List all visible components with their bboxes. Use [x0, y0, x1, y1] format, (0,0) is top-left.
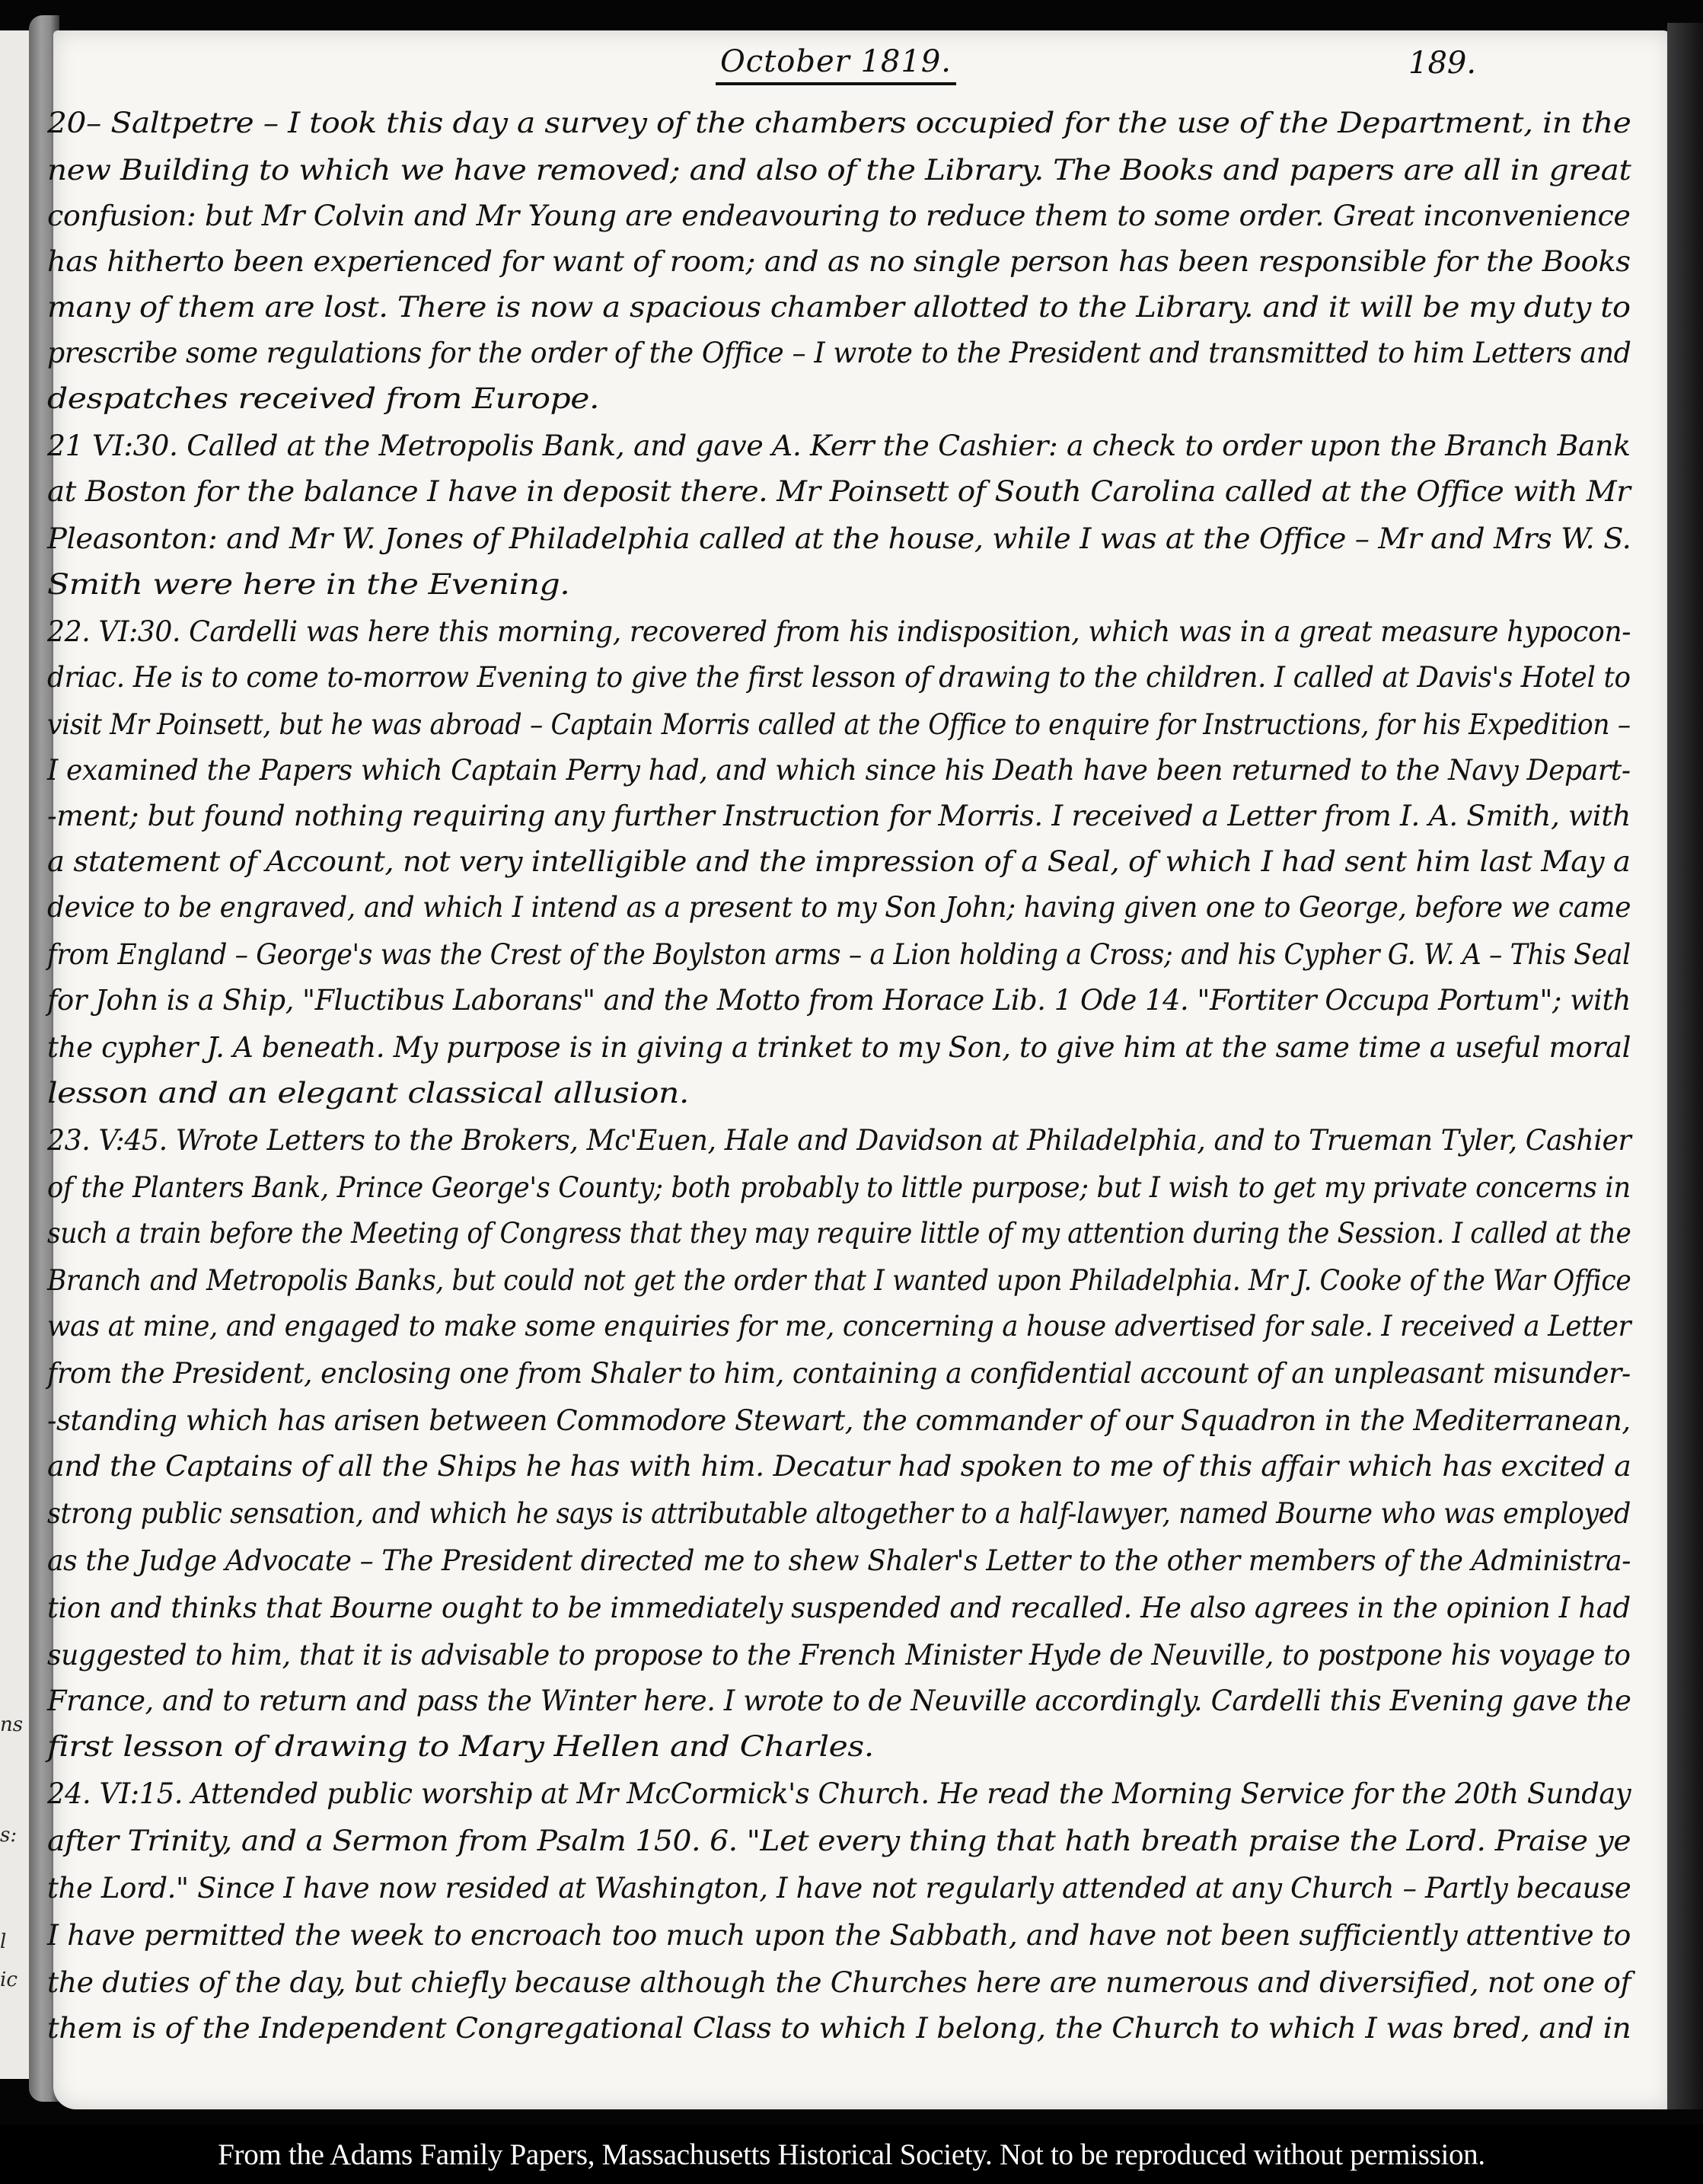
text-line: them is of the Independent Congregationa… — [47, 2012, 1631, 2045]
text-line: 21 VI:30. Called at the Metropolis Bank,… — [47, 429, 1631, 462]
text-line: from the President, enclosing one from S… — [47, 1357, 1631, 1390]
text-line: was at mine, and engaged to make some en… — [47, 1310, 1631, 1343]
text-line: new Building to which we have removed; a… — [47, 154, 1631, 187]
text-line: 23. V:45. Wrote Letters to the Brokers, … — [47, 1124, 1631, 1157]
text-line: such a train before the Meeting of Congr… — [47, 1217, 1631, 1250]
text-line: 20– Saltpetre – I took this day a survey… — [47, 107, 1631, 139]
text-line: 24. VI:15. Attended public worship at Mr… — [47, 1777, 1631, 1810]
left-page-fragment: s: — [0, 1824, 17, 1847]
left-page-fragment: ic — [0, 1968, 18, 1991]
text-line: I have permitted the week to encroach to… — [47, 1919, 1631, 1952]
text-line: at Boston for the balance I have in depo… — [47, 475, 1630, 508]
text-line: tion and thinks that Bourne ought to be … — [47, 1592, 1631, 1624]
text-line: lesson and an elegant classical allusion… — [47, 1077, 689, 1110]
page-header-date: October 1819. — [716, 44, 956, 85]
text-line: -ment; but found nothing requiring any f… — [47, 800, 1631, 832]
text-line: first lesson of drawing to Mary Hellen a… — [47, 1730, 874, 1763]
text-line: 22. VI:30. Cardelli was here this mornin… — [47, 615, 1631, 648]
text-line: I examined the Papers which Captain Perr… — [47, 754, 1631, 787]
text-line: as the Judge Advocate – The President di… — [47, 1544, 1631, 1577]
text-line: for John is a Ship, "Fluctibus Laborans"… — [47, 984, 1631, 1017]
page-number: 189. — [1408, 46, 1476, 81]
text-line: from England – George's was the Crest of… — [47, 938, 1631, 971]
text-line: the duties of the day, but chiefly becau… — [47, 1966, 1631, 1999]
text-line: and the Captains of all the Ships he has… — [47, 1450, 1631, 1483]
text-line: has hitherto been experienced for want o… — [47, 245, 1631, 278]
text-line: -standing which has arisen between Commo… — [47, 1404, 1631, 1437]
text-line: despatches received from Europe. — [47, 382, 599, 415]
text-line: a statement of Account, not very intelli… — [47, 845, 1631, 878]
text-line: the cypher J. A beneath. My purpose is i… — [47, 1031, 1631, 1064]
left-page-fragment: ns — [0, 1713, 23, 1736]
adjacent-left-page: ns s: l ic — [0, 30, 30, 2079]
text-line: driac. He is to come to-morrow Evening t… — [47, 661, 1631, 694]
text-line: after Trinity, and a Sermon from Psalm 1… — [47, 1825, 1631, 1857]
text-line: many of them are lost. There is now a sp… — [47, 291, 1631, 324]
text-line: Smith were here in the Evening. — [47, 568, 569, 601]
text-line: Branch and Metropolis Banks, but could n… — [47, 1264, 1631, 1297]
copyright-footer: From the Adams Family Papers, Massachuse… — [0, 2125, 1703, 2184]
text-line: strong public sensation, and which he sa… — [47, 1497, 1631, 1530]
text-line: device to be engraved, and which I inten… — [47, 891, 1631, 924]
text-line: suggested to him, that it is advisable t… — [47, 1639, 1631, 1672]
text-line: the Lord." Since I have now resided at W… — [47, 1872, 1631, 1905]
footer-credit: From the Adams Family Papers, Massachuse… — [218, 2138, 1485, 2172]
scanned-manuscript: ns s: l ic October 1819. 189. 20– Saltpe… — [0, 0, 1703, 2132]
text-line: of the Planters Bank, Prince George's Co… — [47, 1171, 1631, 1204]
text-line: prescribe some regulations for the order… — [47, 337, 1631, 369]
text-line: confusion: but Mr Colvin and Mr Young ar… — [47, 200, 1631, 232]
text-line: Pleasonton: and Mr W. Jones of Philadelp… — [47, 522, 1631, 555]
text-line: France, and to return and pass the Winte… — [47, 1684, 1631, 1717]
page-edge-shadow — [1667, 23, 1703, 2109]
left-page-fragment: l — [0, 1930, 6, 1953]
text-line: visit Mr Poinsett, but he was abroad – C… — [47, 708, 1631, 741]
